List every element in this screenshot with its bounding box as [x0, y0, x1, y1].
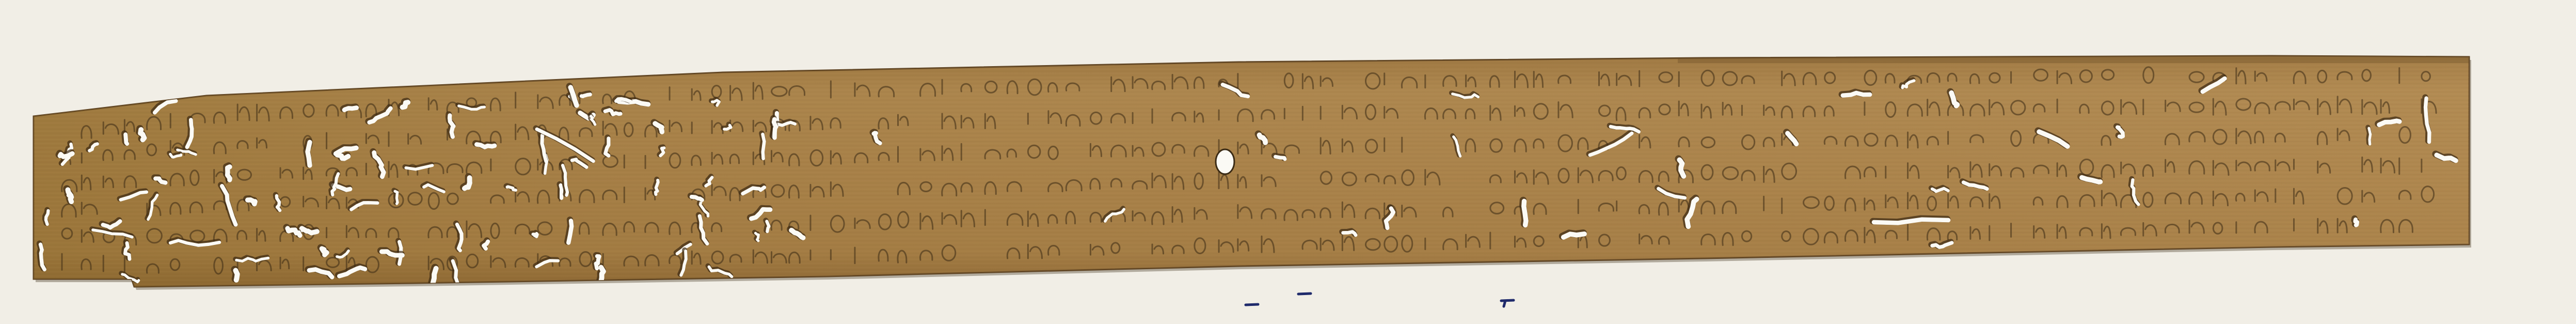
damage-hole — [403, 102, 408, 107]
ink-mark — [1298, 294, 1311, 294]
leaf-body — [0, 0, 2576, 324]
damage-hole — [235, 270, 237, 280]
string-hole — [1216, 149, 1234, 174]
damage-hole — [774, 119, 776, 138]
damage-hole — [60, 153, 72, 157]
damage-hole — [1524, 201, 1526, 225]
damage-hole — [2355, 220, 2357, 225]
damage-hole — [762, 134, 764, 159]
damage-hole — [767, 221, 769, 232]
damage-hole — [68, 190, 71, 202]
damage-hole — [2369, 128, 2371, 144]
margin-ink-marks — [1246, 294, 1514, 306]
damage-hole — [344, 108, 357, 110]
damage-hole — [125, 134, 127, 144]
damage-hole — [1564, 234, 1584, 237]
palm-leaf — [0, 0, 2576, 324]
ink-mark — [1501, 300, 1514, 306]
damage-hole — [476, 144, 495, 147]
damage-hole — [533, 234, 537, 237]
damage-hole — [581, 95, 590, 97]
damage-hole — [1843, 93, 1870, 96]
damage-hole — [228, 167, 230, 180]
damage-hole — [1276, 157, 1285, 159]
damage-hole — [561, 185, 562, 198]
damage-hole — [1679, 160, 1683, 176]
ink-mark — [1246, 304, 1258, 305]
damage-hole — [322, 249, 327, 255]
damage-hole — [308, 142, 310, 165]
damage-hole — [1932, 189, 1948, 192]
manuscript-photo: palm-leaf manuscript folio — [0, 0, 2576, 324]
damage-hole — [619, 101, 648, 104]
